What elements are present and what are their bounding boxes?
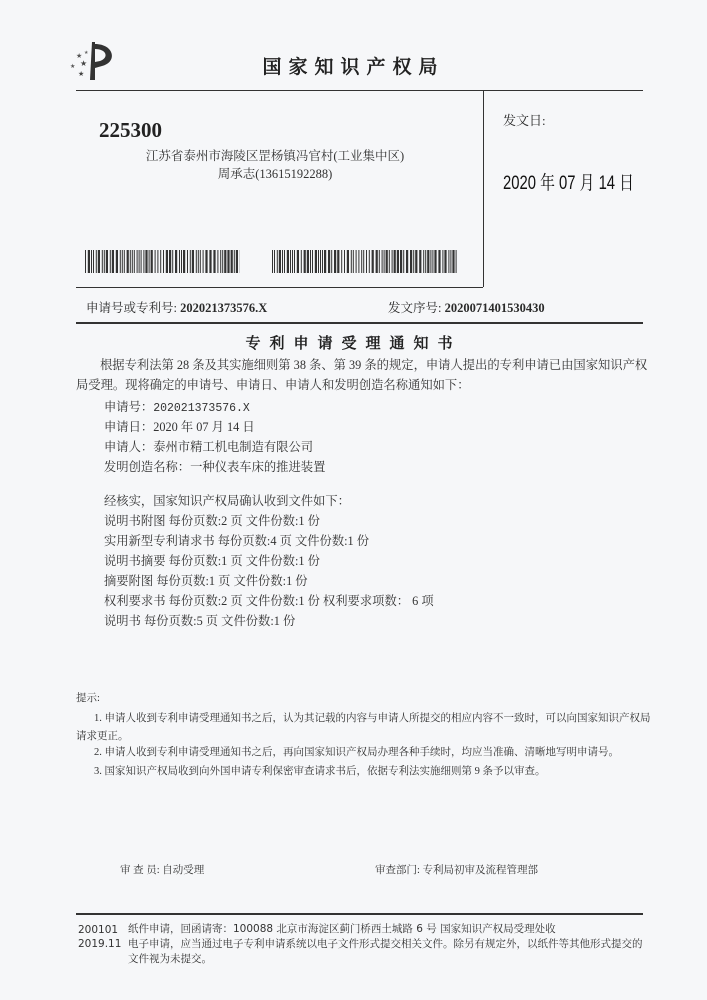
- field-invention-title: 发明创造名称：一种仪表车床的推进装置: [104, 457, 325, 475]
- received-file-item: 说明书 每份页数:5 页 文件份数:1 份: [104, 611, 295, 629]
- serial-number: 发文序号: 2020071401530430: [388, 298, 545, 316]
- department-value: 专利局初审及流程管理部: [423, 865, 539, 876]
- received-file-item: 实用新型专利请求书 每份页数:4 页 文件份数:1 份: [104, 531, 369, 549]
- field-application-number: 申请号：202021373576.X: [104, 397, 250, 415]
- barcode-right: [272, 250, 457, 273]
- application-number-label: 申请号或专利号:: [86, 301, 177, 315]
- received-file-item: 权利要求书 每份页数:2 页 文件份数:1 份 权利要求项数： 6 项: [104, 591, 434, 609]
- issue-date-divider: [483, 90, 484, 287]
- recipient-contact: 周承志(13615192288): [130, 164, 420, 182]
- issue-date-label: 发文日:: [503, 110, 546, 129]
- note-item-3: 3. 国家知识产权局收到向外国申请专利保密审查请求书后，依据专利法实施细则第 9…: [94, 763, 546, 778]
- footer-line-1: 纸件申请，回函请寄：100088 北京市海淀区蓟门桥西土城路 6 号 国家知识产…: [128, 921, 556, 936]
- footer-code-2: 2019.11: [78, 938, 121, 950]
- application-number: 申请号或专利号: 202021373576.X: [86, 298, 267, 316]
- document-title: 专利申请受理通知书: [0, 332, 707, 353]
- field-filing-date: 申请日：2020 年 07 月 14 日: [104, 417, 255, 435]
- footer-divider: [76, 913, 643, 915]
- examiner: 审 查 员: 自动受理: [120, 862, 204, 877]
- department-label: 审查部门:: [375, 865, 420, 876]
- serial-number-label: 发文序号:: [388, 301, 441, 315]
- meta-divider-bottom: [76, 322, 643, 324]
- received-file-item: 说明书附图 每份页数:2 页 文件份数:1 份: [104, 511, 320, 529]
- header-divider: [76, 90, 643, 91]
- received-file-item: 摘要附图 每份页数:1 页 文件份数:1 份: [104, 571, 308, 589]
- meta-divider-top: [76, 287, 483, 288]
- examiner-label: 审 查 员:: [120, 865, 160, 876]
- agency-name: 国家知识产权局: [0, 52, 707, 79]
- intro-paragraph: 根据专利法第 28 条及其实施细则第 38 条、第 39 条的规定，申请人提出的…: [76, 355, 651, 395]
- footer-line-2: 电子申请，应当通过电子专利申请系统以电子文件形式提交相关文件。除另有规定外，以纸…: [128, 936, 643, 951]
- field-applicant: 申请人：泰州市精工机电制造有限公司: [104, 437, 313, 455]
- barcode-left: [85, 250, 240, 273]
- department: 审查部门: 专利局初审及流程管理部: [375, 862, 538, 877]
- notes-label: 提示:: [76, 690, 100, 705]
- footer-code-1: 200101: [78, 924, 118, 936]
- application-number-value: 202021373576.X: [180, 301, 267, 315]
- examiner-value: 自动受理: [162, 865, 204, 876]
- note-item-1: 1. 申请人收到专利申请受理通知书之后，认为其记载的内容与申请人所提交的相应内容…: [76, 710, 656, 746]
- notice-page: ★ ★ ★ ★ ★ 国家知识产权局 225300 江苏省泰州市海陵区罡杨镇冯官村…: [0, 0, 707, 1000]
- note-item-2: 2. 申请人收到专利申请受理通知书之后，再向国家知识产权局办理各种手续时，均应当…: [94, 744, 619, 759]
- recipient-address: 江苏省泰州市海陵区罡杨镇冯官村(工业集中区): [130, 146, 420, 164]
- received-file-item: 说明书摘要 每份页数:1 页 文件份数:1 份: [104, 551, 320, 569]
- serial-number-value: 2020071401530430: [445, 301, 545, 315]
- footer-line-3: 文件视为未提交。: [128, 951, 212, 966]
- postcode: 225300: [99, 118, 162, 143]
- received-files-intro: 经核实，国家知识产权局确认收到文件如下：: [104, 491, 350, 509]
- issue-date: 2020 年 07 月 14 日: [503, 168, 634, 195]
